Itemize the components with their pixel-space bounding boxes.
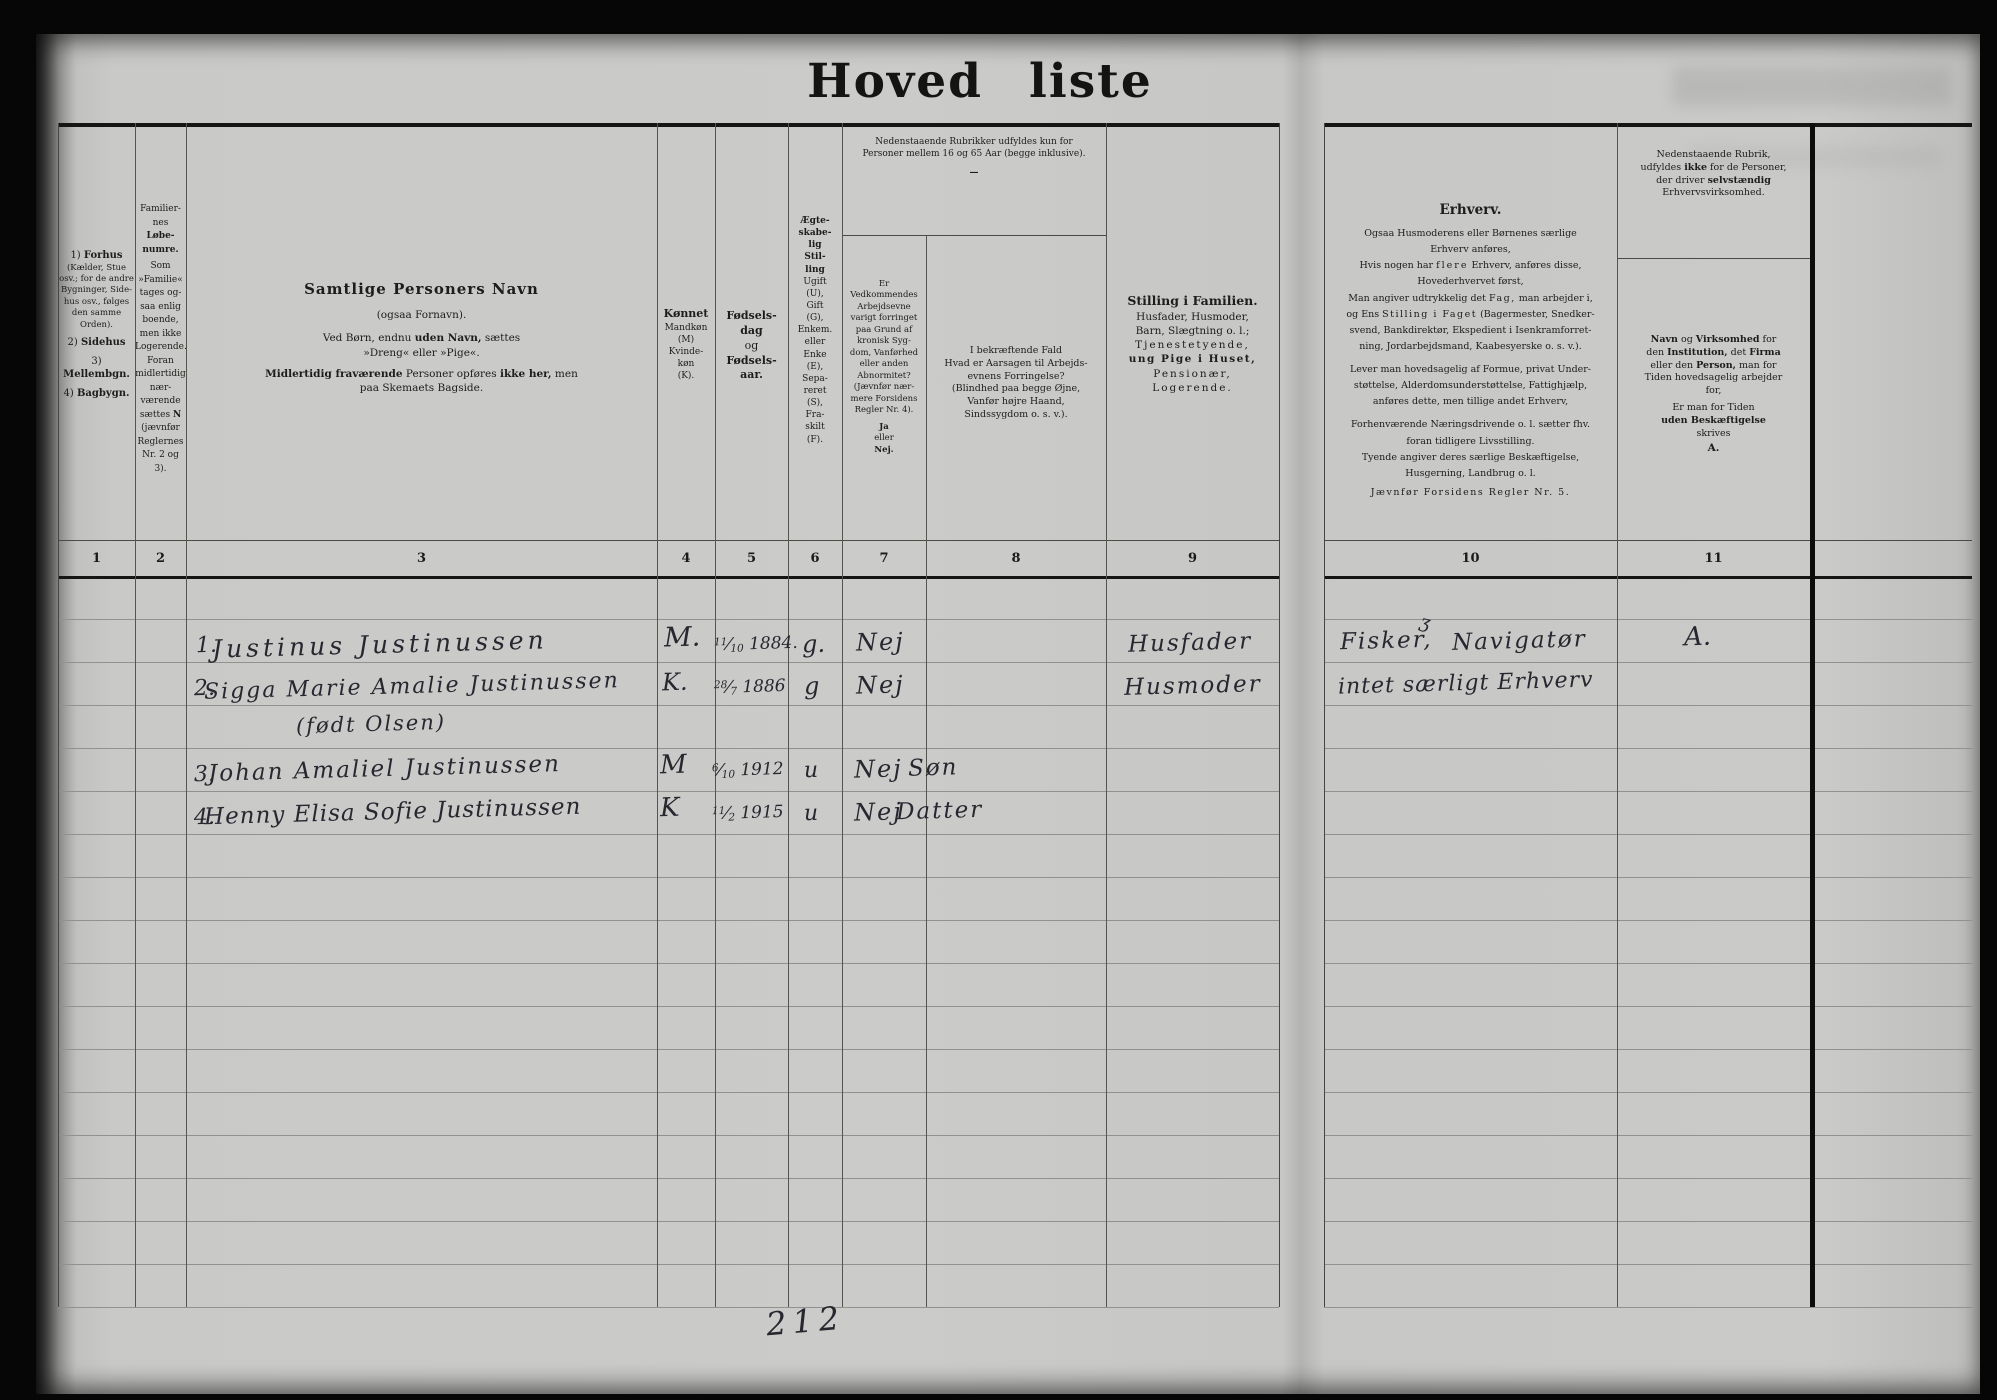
column-number-4: 4 — [657, 543, 715, 573]
grid-line-horizontal — [1324, 920, 1972, 921]
header-text-segment: Abnormitet? — [857, 371, 910, 381]
header-text-segment: ikke — [1684, 162, 1707, 173]
header-text-segment: »Familie« — [138, 275, 183, 285]
header-text-segment: Virksomhed — [1696, 334, 1760, 345]
header-text-line: Vedkommendes — [842, 290, 926, 301]
header-text-line: Er man for Tiden — [1617, 402, 1810, 415]
header-text-segment: Stil- — [804, 252, 825, 262]
header-text-segment: Vanfør højre Haand, — [967, 396, 1064, 407]
column-header-occupation: Erhverv.Ogsaa Husmoderens eller Børnenes… — [1324, 123, 1617, 540]
header-text-line: Fra- — [788, 409, 842, 421]
grid-line-horizontal — [1324, 1307, 1972, 1308]
header-text-segment: Jævnfør Forsidens Regler Nr. 5. — [1371, 487, 1570, 498]
column-number-8: 8 — [926, 543, 1106, 573]
header-text-line: tages og- — [135, 287, 186, 301]
header-text-segment: Forhenværende Næringsdrivende o. l. sætt… — [1351, 419, 1590, 430]
grid-line-horizontal — [58, 1264, 1279, 1265]
header-text-segment: eller — [874, 433, 894, 443]
header-text-segment: (U), — [806, 289, 823, 299]
ink-bleedthrough — [1672, 66, 1952, 106]
header-text-line: Enkem. — [788, 324, 842, 336]
header-text-segment: Fag, — [1489, 293, 1516, 304]
header-text-line: udfyldes ikke for de Personer, — [1617, 162, 1810, 175]
header-text-segment: man arbejder i, — [1516, 293, 1593, 304]
header-text-line: Ugift — [788, 276, 842, 288]
header-text-segment: Som — [150, 261, 170, 271]
grid-line-horizontal — [1324, 1178, 1972, 1179]
header-text-segment: det — [1728, 347, 1750, 358]
header-text-segment: Ved Børn, endnu — [323, 332, 415, 344]
header-text-line: Ved Børn, endnu uden Navn, sættes — [186, 331, 657, 345]
handwritten-entry: Søn — [908, 754, 959, 781]
header-text-line: eller den Person, man for — [1617, 360, 1810, 373]
grid-line-horizontal — [58, 576, 1279, 579]
grid-line-horizontal — [1324, 963, 1972, 964]
header-text-segment: støttelse, Alderdomsunderstøttelse, Fatt… — [1354, 380, 1587, 391]
header-text-line: den Institution, det Firma — [1617, 347, 1810, 360]
header-text-segment: dag — [740, 324, 763, 337]
header-text-segment: Lever man hovedsagelig af Formue, privat… — [1350, 364, 1591, 375]
header-text-segment: (Jævnfør nær- — [854, 382, 914, 392]
header-text-segment: numre. — [142, 245, 178, 255]
header-text-line: ling — [788, 264, 842, 276]
header-text-segment: Bygninger, Side- — [61, 285, 132, 295]
header-text-segment: Sidehus — [81, 337, 126, 348]
column-number-3: 3 — [186, 543, 657, 573]
header-text-line: eller — [788, 336, 842, 348]
header-text-segment: Navn — [1651, 334, 1678, 345]
header-text-segment: Er — [879, 279, 889, 289]
column-header-sex: KønnetMandkøn(M)Kvinde-køn(K). — [657, 123, 715, 540]
grid-line-horizontal — [1324, 1221, 1972, 1222]
grid-line-horizontal — [58, 877, 1279, 878]
handwritten-entry: K. — [662, 668, 688, 697]
header-text-segment: N — [173, 410, 181, 420]
header-text-segment: reret — [804, 386, 827, 396]
header-text-segment: Familier- — [140, 204, 181, 214]
header-text-line: Enke — [788, 349, 842, 361]
header-text-segment: Fødsels- — [726, 354, 776, 367]
header-text-line: Nr. 2 og 3). — [135, 449, 186, 476]
header-text-segment: uden Beskæftigelse — [1661, 415, 1766, 426]
header-text-segment: 2) — [68, 337, 81, 348]
grid-line-horizontal — [1324, 877, 1972, 878]
header-text-segment: Foran — [147, 356, 174, 366]
header-text-segment: 3) — [91, 356, 101, 367]
header-text-segment: Vedkommendes — [850, 290, 918, 300]
grid-line-vertical — [657, 123, 658, 1307]
header-text-segment: Fødsels- — [726, 309, 776, 322]
header-text-segment: svend, Bankdirektør, Ekspedient i Isenkr… — [1349, 325, 1591, 336]
column-number-9: 9 — [1106, 543, 1279, 573]
handwritten-entry: Nej — [854, 754, 903, 783]
header-text-segment: aar. — [740, 368, 763, 381]
header-text-line: Reglernes — [135, 436, 186, 450]
header-text-segment: Tjenestetyende, — [1135, 339, 1250, 351]
column-header-cause: I bekræftende FaldHvad er Aarsagen til A… — [926, 235, 1106, 540]
header-text-line: skrives — [1617, 428, 1810, 441]
header-text-segment: (Bagermester, Snedker- — [1477, 309, 1595, 320]
column-header-family-number: Familier-nesLøbe-numre.Som»Familie«tages… — [135, 123, 186, 540]
header-text-line: »Familie« — [135, 274, 186, 288]
header-text-segment: køn — [678, 359, 695, 369]
grid-line-horizontal — [58, 1006, 1279, 1007]
header-text-line: Tiden hovedsagelig arbejder — [1617, 372, 1810, 385]
column-header-employer: Navn og Virksomhed forden Institution, d… — [1617, 258, 1810, 540]
header-text-segment: Mandkøn — [665, 323, 708, 333]
grid-line-horizontal — [58, 1307, 1279, 1308]
header-text-segment: Institution, — [1667, 347, 1728, 358]
header-text-segment: »Dreng« eller »Pige«. — [363, 347, 479, 359]
header-text-line: svend, Bankdirektør, Ekspedient i Isenkr… — [1324, 323, 1617, 339]
header-text-line: Er — [842, 279, 926, 290]
handwritten-entry: u — [804, 758, 819, 783]
grid-line-horizontal — [1324, 1092, 1972, 1093]
header-text-line: 2) Sidehus — [58, 336, 135, 350]
header-text-line: Orden). — [58, 320, 135, 331]
header-text-segment: sættes — [482, 332, 521, 344]
header-text-segment: (jævnfør — [141, 423, 180, 433]
header-text-line: Kønnet — [657, 307, 715, 322]
header-text-segment: Nedenstaaende Rubrikker udfyldes kun for — [875, 137, 1072, 147]
header-text-segment: sættes — [140, 410, 173, 420]
header-text-segment: Er man for Tiden — [1672, 402, 1754, 413]
grid-line-horizontal — [58, 1049, 1279, 1050]
grid-line-horizontal — [58, 1221, 1279, 1222]
header-text-segment: der driver — [1656, 175, 1707, 186]
handwritten-entry: g — [804, 672, 820, 700]
header-text-line: midlertidig — [135, 368, 186, 382]
header-text-segment: uden Navn, — [415, 332, 482, 344]
header-text-segment: saa enlig — [140, 302, 181, 312]
page-crease — [1282, 34, 1324, 1394]
header-text-line: lig — [788, 239, 842, 251]
header-text-line: Nedenstaaende Rubrikker udfyldes kun for — [842, 136, 1106, 148]
header-text-segment: (S), — [807, 398, 823, 408]
header-text-segment: Man angiver udtrykkelig det — [1348, 293, 1489, 304]
header-text-line: Tyende angiver deres særlige Beskæftigel… — [1324, 450, 1617, 466]
header-text-segment: (Kælder, Stue — [67, 263, 126, 273]
header-text-segment: Nr. 2 og 3). — [142, 450, 179, 474]
header-text-line: 3) Mellembgn. — [58, 355, 135, 382]
grid-line-vertical — [1106, 123, 1107, 1307]
header-text-line: mere Forsidens — [842, 394, 926, 405]
header-text-segment: Tiden hovedsagelig arbejder — [1645, 372, 1783, 383]
header-text-segment: (K). — [678, 371, 695, 381]
header-text-segment: Ægte- — [800, 216, 829, 226]
header-text-segment: Sepa- — [802, 374, 828, 384]
header-text-line: Stilling i Familien. — [1106, 293, 1279, 310]
header-text-segment: A. — [1708, 442, 1720, 454]
span-7-8-dash: — — [842, 168, 1106, 178]
grid-line-horizontal — [58, 963, 1279, 964]
header-text-line: Samtlige Personers Navn — [186, 279, 657, 299]
header-text-line: ning, Jordarbejdsmand, Kaabesyerske o. s… — [1324, 339, 1617, 355]
header-text-segment: Hvis nogen har — [1360, 260, 1437, 271]
header-text-line: nær- — [135, 382, 186, 396]
header-text-line: (F). — [788, 434, 842, 446]
header-text-line: Hvad er Aarsagen til Arbejds- — [926, 358, 1106, 371]
header-text-segment: Ja — [879, 422, 889, 432]
header-text-segment: Husgerning, Landbrug o. l. — [1405, 468, 1536, 479]
header-text-line: Logerende. — [1106, 381, 1279, 395]
grid-line-horizontal — [58, 791, 1279, 792]
span-7-8-text: Nedenstaaende Rubrikker udfyldes kun for… — [842, 136, 1106, 160]
header-text-line: Familier- — [135, 203, 186, 217]
header-text-segment: eller den — [1650, 360, 1696, 371]
column-header-span-7-8: Nedenstaaende Rubrikker udfyldes kun for… — [842, 128, 1106, 235]
column-number-5: 5 — [715, 543, 788, 573]
header-text-line: værende — [135, 395, 186, 409]
header-text-line: (E), — [788, 361, 842, 373]
header-text-line: kronisk Syg- — [842, 336, 926, 347]
grid-line-horizontal — [1324, 1006, 1972, 1007]
header-text-line: Løbe- — [135, 230, 186, 244]
header-text-line: Foran — [135, 355, 186, 369]
grid-line-horizontal — [58, 1135, 1279, 1136]
header-text-segment: (G), — [806, 313, 823, 323]
handwritten-entry: 11⁄2 1915 — [712, 802, 784, 824]
header-text-line: Forhenværende Næringsdrivende o. l. sætt… — [1324, 417, 1617, 433]
header-text-line: (Kælder, Stue — [58, 263, 135, 274]
header-text-segment: Samtlige Personers Navn — [304, 280, 539, 298]
header-text-line: Som — [135, 260, 186, 274]
scanned-census-page: Hovedliste 1) Forhus(Kælder, Stueosv.; f… — [0, 0, 1997, 1400]
header-text-segment: paa Grund af — [856, 325, 912, 335]
grid-line-vertical — [58, 123, 59, 1307]
header-text-segment: eller — [805, 337, 826, 347]
header-text-line: 4) Bagbygn. — [58, 387, 135, 401]
grid-line-horizontal — [1324, 748, 1972, 749]
grid-line-horizontal — [1324, 1049, 1972, 1050]
header-text-line: boende, — [135, 314, 186, 328]
header-text-segment: ling — [805, 265, 825, 275]
header-text-line: der driver selvstændig — [1617, 175, 1810, 188]
header-text-segment: for de Personer, — [1707, 162, 1787, 173]
header-text-segment: ikke her, — [500, 368, 552, 380]
header-text-segment: ung Pige i Huset, — [1129, 353, 1257, 365]
header-text-segment: Stilling i Faget — [1382, 309, 1477, 320]
header-text-segment: Firma — [1749, 347, 1781, 358]
header-text-line: dag — [715, 324, 788, 339]
grid-line-horizontal — [58, 705, 1279, 706]
header-text-segment: Enkem. — [798, 325, 833, 335]
header-text-line: Personer mellem 16 og 65 Aar (begge inkl… — [842, 148, 1106, 160]
grid-line-horizontal — [58, 1092, 1279, 1093]
header-text-segment: 4) — [64, 388, 77, 399]
header-text-segment: Erhverv. — [1440, 202, 1502, 218]
header-text-segment: Barn, Slægtning o. l.; — [1136, 325, 1250, 337]
header-text-segment: Logerende. — [1152, 382, 1233, 394]
header-text-line: Bygninger, Side- — [58, 285, 135, 296]
header-text-segment: Hvad er Aarsagen til Arbejds- — [944, 358, 1087, 369]
header-text-segment: Arbejdsevne — [857, 302, 910, 312]
header-text-line: Tjenestetyende, — [1106, 338, 1279, 352]
header-text-line: foran tidligere Livsstilling. — [1324, 434, 1617, 450]
header-text-line: paa Grund af — [842, 325, 926, 336]
header-text-line: Midlertidig fraværende Personer opføres … — [186, 367, 657, 381]
header-text-line: den samme — [58, 308, 135, 319]
header-text-line: I bekræftende Fald — [926, 345, 1106, 358]
header-text-line: aar. — [715, 368, 788, 383]
header-text-segment: varigt forringet — [851, 313, 918, 323]
header-text-line: (Jævnfør nær- — [842, 382, 926, 393]
header-text-segment: Regler Nr. 4). — [855, 405, 914, 415]
header-text-segment: (E), — [807, 362, 823, 372]
header-text-segment: Personer mellem 16 og 65 Aar (begge inkl… — [862, 149, 1085, 159]
header-text-line: Nej. — [842, 445, 926, 456]
header-text-line: (U), — [788, 288, 842, 300]
column-header-employer-note: Nedenstaaende Rubrik,udfyldes ikke for d… — [1617, 123, 1810, 258]
header-text-segment: og Ens — [1346, 309, 1382, 320]
header-text-line: Nedenstaaende Rubrik, — [1617, 149, 1810, 162]
header-text-segment: hus osv., følges — [64, 297, 129, 307]
header-text-line: reret — [788, 385, 842, 397]
column-header-workability: ErVedkommendesArbejdsevnevarigt forringe… — [842, 235, 926, 540]
header-text-line: køn — [657, 358, 715, 370]
header-text-segment: men ikke — [140, 329, 182, 339]
handwritten-entry: Nej — [856, 627, 905, 656]
page-title: Hovedliste — [560, 54, 1400, 109]
grid-line-horizontal — [1324, 123, 1972, 127]
header-text-line: Fødsels- — [715, 309, 788, 324]
header-text-segment: osv.; for de andre — [59, 274, 134, 284]
grid-line-vertical — [715, 123, 716, 1307]
header-text-line: Jævnfør Forsidens Regler Nr. 5. — [1324, 485, 1617, 501]
grid-line-horizontal — [58, 123, 1279, 127]
header-text-line: Man angiver udtrykkelig det Fag, man arb… — [1324, 291, 1617, 307]
header-text-segment: ning, Jordarbejdsmand, Kaabesyerske o. s… — [1359, 341, 1582, 352]
header-text-line: Gift — [788, 300, 842, 312]
header-text-line: hus osv., følges — [58, 297, 135, 308]
header-text-line: støttelse, Alderdomsunderstøttelse, Fatt… — [1324, 378, 1617, 394]
header-text-line: »Dreng« eller »Pige«. — [186, 346, 657, 360]
header-text-segment: Forhus — [84, 250, 123, 261]
header-text-segment: værende — [140, 396, 180, 406]
grid-line-horizontal — [1324, 1135, 1972, 1136]
header-text-segment: Ugift — [803, 277, 826, 287]
header-text-segment: og — [1678, 334, 1696, 345]
handwritten-entry: Husmoder — [1124, 671, 1262, 701]
header-text-segment: kronisk Syg- — [857, 336, 911, 346]
header-text-segment: Erhverv anføres, — [1430, 244, 1511, 255]
header-text-segment: for, — [1706, 385, 1722, 396]
grid-line-vertical — [1279, 123, 1280, 1307]
column-header-marital: Ægte-skabe-ligStil-lingUgift(U),Gift(G),… — [788, 123, 842, 540]
handwritten-entry: 28⁄7 1886 — [714, 676, 786, 698]
header-text-line: og Ens Stilling i Faget (Bagermester, Sn… — [1324, 307, 1617, 323]
grid-line-horizontal — [842, 235, 1106, 236]
handwritten-entry: 212 — [764, 1299, 846, 1344]
grid-line-horizontal — [58, 540, 1279, 541]
header-text-segment: nes — [153, 218, 169, 228]
grid-line-vertical — [842, 123, 843, 1307]
grid-line-vertical — [186, 123, 187, 1307]
header-text-segment: Logerende. — [135, 342, 187, 352]
header-text-line: eller anden — [842, 359, 926, 370]
grid-line-horizontal — [1617, 258, 1810, 259]
handwritten-entry: A. — [1684, 622, 1712, 653]
header-text-segment: mere Forsidens — [851, 394, 918, 404]
header-text-line: skabe- — [788, 227, 842, 239]
header-text-segment: men — [552, 368, 578, 380]
header-text-line: numre. — [135, 244, 186, 258]
header-text-line: osv.; for de andre — [58, 274, 135, 285]
handwritten-entry: 6⁄10 1912 — [712, 759, 784, 781]
column-number-6: 6 — [788, 543, 842, 573]
column-number-11: 11 — [1617, 543, 1810, 573]
header-text-segment: skabe- — [799, 228, 832, 238]
header-text-line: eller — [842, 433, 926, 444]
header-text-line: (K). — [657, 370, 715, 382]
header-text-segment: Fra- — [806, 410, 825, 420]
header-text-segment: Bagbygn. — [77, 388, 129, 399]
header-text-line: dom, Vanførhed — [842, 348, 926, 359]
header-text-segment: Løbe- — [146, 231, 174, 241]
header-text-line: Vanfør højre Haand, — [926, 396, 1106, 409]
header-text-segment: Erhvervsvirksomhed. — [1662, 187, 1765, 198]
header-text-line: 1) Forhus — [58, 249, 135, 263]
header-text-segment: nær- — [150, 383, 172, 393]
grid-line-vertical — [1617, 123, 1618, 1307]
header-text-segment: (ogsaa Fornavn). — [377, 309, 467, 321]
header-text-segment: Enke — [803, 350, 826, 360]
handwritten-entry: M. — [664, 622, 701, 654]
header-text-segment: og — [745, 339, 759, 352]
title-word: liste — [1029, 54, 1153, 109]
grid-line-horizontal — [58, 619, 1279, 620]
header-text-line: Lever man hovedsagelig af Formue, privat… — [1324, 362, 1617, 378]
handwritten-entry: M — [660, 750, 687, 781]
grid-line-horizontal — [1324, 1264, 1972, 1265]
header-text-segment: foran tidligere Livsstilling. — [1406, 436, 1534, 447]
header-text-segment: Gift — [806, 301, 823, 311]
header-text-segment: udfyldes — [1640, 162, 1684, 173]
header-text-segment: Personer opføres — [403, 368, 500, 380]
header-text-segment: Ogsaa Husmoderens eller Børnenes særlige — [1364, 228, 1577, 239]
header-text-line: Navn og Virksomhed for — [1617, 334, 1810, 347]
header-text-segment: lig — [808, 240, 821, 250]
handwritten-entry: g. — [802, 630, 826, 659]
header-text-segment: dom, Vanførhed — [850, 348, 918, 358]
handwritten-entry: Husfader — [1128, 628, 1253, 657]
header-text-line: Abnormitet? — [842, 371, 926, 382]
header-text-segment: flere — [1436, 260, 1468, 271]
header-text-line: nes — [135, 217, 186, 231]
grid-line-horizontal — [1324, 705, 1972, 706]
header-text-line: uden Beskæftigelse — [1617, 415, 1810, 428]
handwritten-entry: (født Olsen) — [296, 710, 447, 738]
header-text-segment: tages og- — [140, 288, 182, 298]
header-text-segment: skrives — [1696, 428, 1730, 439]
grid-line-horizontal — [1324, 791, 1972, 792]
header-text-line: Arbejdsevne — [842, 302, 926, 313]
header-text-line: evnens Forringelse? — [926, 371, 1106, 384]
header-text-segment: den — [1646, 347, 1667, 358]
header-text-segment: Kønnet — [664, 307, 709, 320]
header-text-segment: man for — [1736, 360, 1777, 371]
header-text-segment: skilt — [805, 422, 824, 432]
header-text-line: Pensionær, — [1106, 367, 1279, 381]
handwritten-entry: K — [660, 793, 680, 824]
column-header-family-role: Stilling i Familien.Husfader, Husmoder,B… — [1106, 123, 1279, 540]
header-text-line: skilt — [788, 421, 842, 433]
grid-line-horizontal — [58, 748, 1279, 749]
header-text-segment: eller anden — [860, 359, 909, 369]
header-text-segment: paa Skemaets Bagside. — [360, 382, 483, 394]
grid-line-horizontal — [1324, 662, 1972, 663]
title-word: Hoved — [807, 54, 983, 109]
